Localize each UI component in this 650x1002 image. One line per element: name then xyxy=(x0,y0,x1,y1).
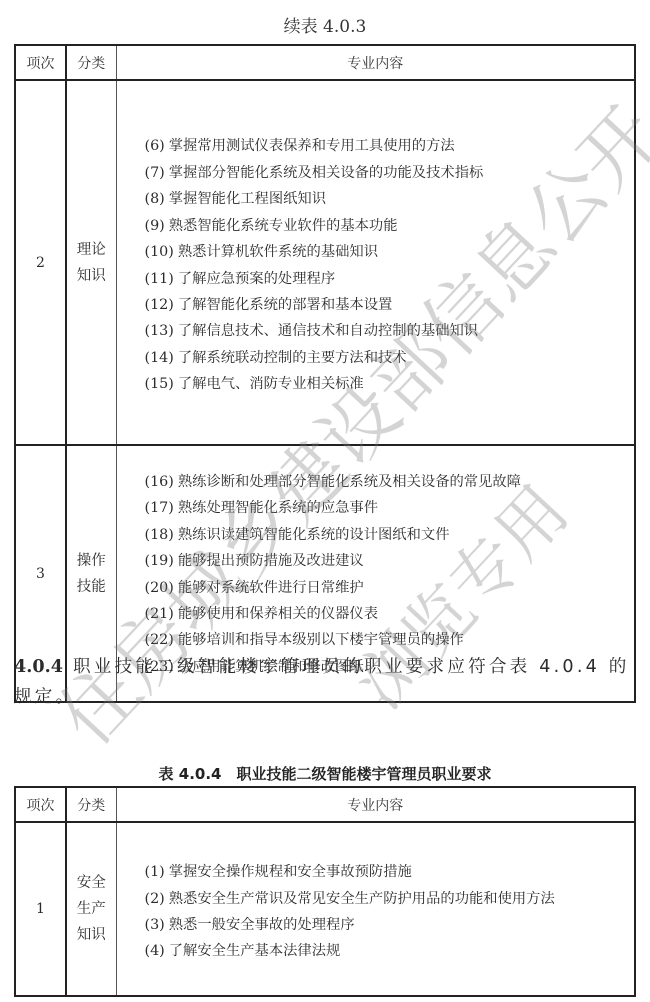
category-line: 理论 xyxy=(67,237,116,263)
list-item: (21)能够使用和保养相关的仪器仪表 xyxy=(145,601,635,627)
category-line: 安全 xyxy=(67,870,116,896)
list-item: (10)熟悉计算机软件系统的基础知识 xyxy=(145,239,635,265)
row-index: 1 xyxy=(15,822,66,996)
list-item: (20)能够对系统软件进行日常维护 xyxy=(145,575,635,601)
row-index: 2 xyxy=(15,80,66,445)
list-item: (6)掌握常用测试仪表保养和专用工具使用的方法 xyxy=(145,133,635,159)
list-item: (9)熟悉智能化系统专业软件的基本功能 xyxy=(145,213,635,239)
clause-paragraph: 4.0.4职业技能二级智能楼宇管理员的职业要求应符合表 4.0.4 的规定。 xyxy=(14,652,636,712)
list-item: (19)能够提出预防措施及改进建议 xyxy=(145,548,635,574)
row-category: 理论 知识 xyxy=(66,80,116,445)
list-item: (18)熟练识读建筑智能化系统的设计图纸和文件 xyxy=(145,522,635,548)
list-item: (16)熟练诊断和处理部分智能化系统及相关设备的常见故障 xyxy=(145,469,635,495)
clause-text: 职业技能二级智能楼宇管理员的职业要求应符合表 4.0.4 的规定。 xyxy=(14,657,630,707)
list-item: (14)了解系统联动控制的主要方法和技术 xyxy=(145,345,635,371)
category-line: 知识 xyxy=(67,263,116,289)
table-row: 2 理论 知识 (6)掌握常用测试仪表保养和专用工具使用的方法 (7)掌握部分智… xyxy=(15,80,635,445)
list-item: (13)了解信息技术、通信技术和自动控制的基础知识 xyxy=(145,318,635,344)
table-header-row: 项次 分类 专业内容 xyxy=(15,787,635,822)
table-4-0-3-continued: 项次 分类 专业内容 2 理论 知识 (6)掌握常用测试仪表保养和专用工具使用的… xyxy=(14,44,636,703)
clause-number: 4.0.4 xyxy=(14,656,63,677)
table-4-0-4: 项次 分类 专业内容 1 安全 生产 知识 (1)掌握安全操作规程和安全事故预防… xyxy=(14,786,636,997)
table-header-row: 项次 分类 专业内容 xyxy=(15,45,635,80)
list-item: (12)了解智能化系统的部署和基本设置 xyxy=(145,292,635,318)
category-line: 知识 xyxy=(67,922,116,948)
header-category: 分类 xyxy=(66,45,116,80)
list-item: (2)熟悉安全生产常识及常见安全生产防护用品的功能和使用方法 xyxy=(129,886,625,912)
header-index: 项次 xyxy=(15,787,66,822)
header-content: 专业内容 xyxy=(116,787,635,822)
list-item: (11)了解应急预案的处理程序 xyxy=(145,266,635,292)
list-item: (1)掌握安全操作规程和安全事故预防措施 xyxy=(129,859,625,885)
header-content: 专业内容 xyxy=(116,45,635,80)
list-item: (3)熟悉一般安全事故的处理程序 xyxy=(129,912,625,938)
row-category: 安全 生产 知识 xyxy=(66,822,116,996)
category-line: 技能 xyxy=(67,574,116,600)
list-item: (7)掌握部分智能化系统及相关设备的功能及技术指标 xyxy=(145,160,635,186)
table-caption: 表 4.0.4 职业技能二级智能楼宇管理员职业要求 xyxy=(0,763,650,784)
list-item: (8)掌握智能化工程图纸知识 xyxy=(145,186,635,212)
table-row: 1 安全 生产 知识 (1)掌握安全操作规程和安全事故预防措施 (2)熟悉安全生… xyxy=(15,822,635,996)
row-content: (6)掌握常用测试仪表保养和专用工具使用的方法 (7)掌握部分智能化系统及相关设… xyxy=(116,80,635,445)
list-item: (4)了解安全生产基本法律法规 xyxy=(129,938,625,964)
list-item: (17)熟练处理智能化系统的应急事件 xyxy=(145,495,635,521)
list-item: (22)能够培训和指导本级别以下楼宇管理员的操作 xyxy=(145,627,635,653)
list-item: (15)了解电气、消防专业相关标准 xyxy=(145,371,635,397)
category-line: 操作 xyxy=(67,548,116,574)
row-content: (1)掌握安全操作规程和安全事故预防措施 (2)熟悉安全生产常识及常见安全生产防… xyxy=(116,822,635,996)
continued-table-caption: 续表 4.0.3 xyxy=(0,12,650,37)
header-category: 分类 xyxy=(66,787,116,822)
header-index: 项次 xyxy=(15,45,66,80)
category-line: 生产 xyxy=(67,896,116,922)
